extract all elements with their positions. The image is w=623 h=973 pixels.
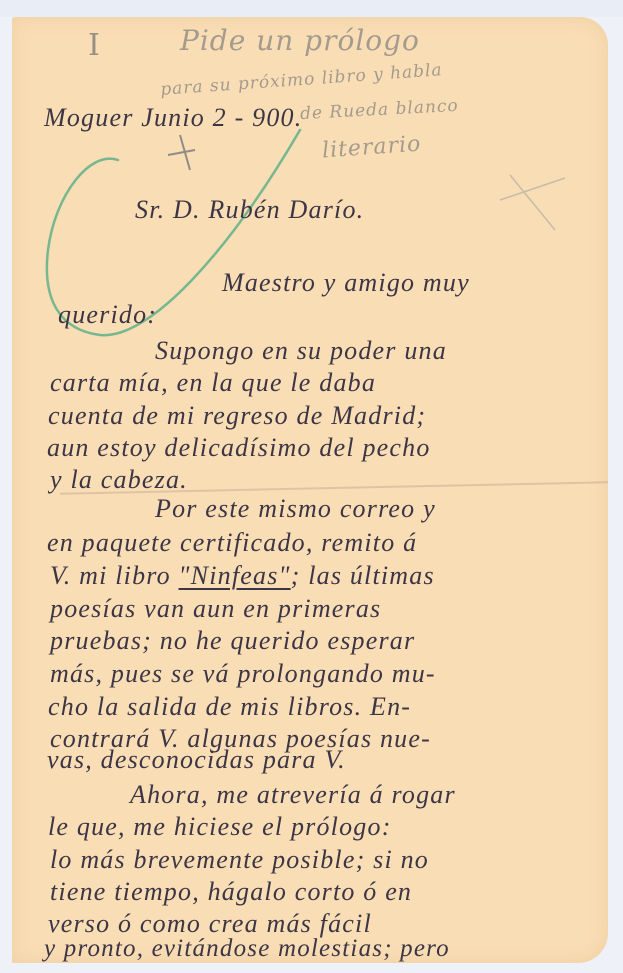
salutation-line2: querido:	[58, 300, 157, 330]
body-line: carta mía, en la que le daba	[50, 368, 376, 398]
body-line: pruebas; no he querido esperar	[50, 626, 415, 656]
body-line: tiene tiempo, hágalo corto ó en	[50, 877, 412, 907]
salutation-line1: Maestro y amigo muy	[222, 268, 470, 298]
book-reference-suffix: ; las últimas	[291, 561, 435, 590]
pencil-note-line1: Pide un prólogo	[180, 24, 420, 57]
book-title-ninfeas: "Ninfeas"	[179, 561, 291, 590]
scan-background	[0, 0, 623, 17]
body-line: poesías van aun en primeras	[50, 594, 381, 624]
body-line: y la cabeza.	[50, 465, 188, 495]
body-line: aun estoy delicadísimo del pecho	[47, 433, 431, 463]
body-line: en paquete certificado, remito á	[47, 528, 417, 558]
body-line: le que, me hiciese el prólogo:	[48, 812, 392, 842]
body-line: Por este mismo correo y	[155, 494, 436, 524]
place-date: Moguer Junio 2 - 900.	[44, 103, 302, 133]
body-line: Ahora, me atrevería á rogar	[130, 780, 456, 810]
book-reference-prefix: V. mi libro	[50, 561, 171, 590]
body-line: vas, desconocidas para V.	[47, 745, 346, 775]
body-line: lo más brevemente posible; si no	[50, 845, 429, 875]
body-line: Supongo en su poder una	[155, 336, 447, 366]
pencil-roman-numeral: I	[88, 28, 101, 63]
addressee: Sr. D. Rubén Darío.	[135, 195, 364, 225]
body-line: más, pues se vá prolongando mu-	[50, 659, 436, 689]
body-line: cho la salida de mis libros. En-	[48, 692, 411, 722]
body-line: V. mi libro "Ninfeas"; las últimas	[50, 561, 435, 591]
body-line: y pronto, evitándose molestias; pero	[44, 935, 450, 963]
body-line: cuenta de mi regreso de Madrid;	[48, 401, 426, 431]
